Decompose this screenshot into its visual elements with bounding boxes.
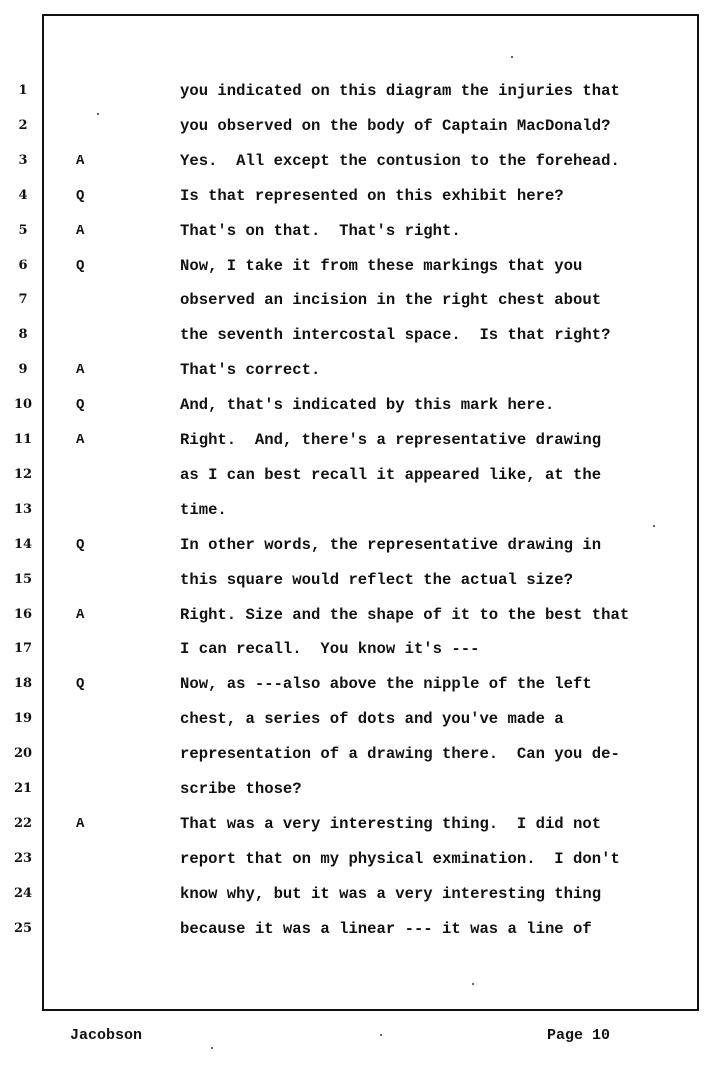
speaker-label: A <box>76 146 90 176</box>
line-text: report that on my physical exmination. I… <box>180 844 620 874</box>
line-number: 15 <box>8 565 38 595</box>
line-text: observed an incision in the right chest … <box>180 285 601 315</box>
line-text: Right. And, there's a representative dra… <box>180 425 601 455</box>
speaker-label: A <box>76 355 90 385</box>
transcript-line: 17I can recall. You know it's --- <box>0 634 720 664</box>
speaker-label: A <box>76 216 90 246</box>
transcript-line: 6QNow, I take it from these markings tha… <box>0 251 720 281</box>
transcript-line: 3AYes. All except the contusion to the f… <box>0 146 720 176</box>
footer-witness-name: Jacobson <box>70 1027 142 1044</box>
speaker-label: Q <box>76 669 90 699</box>
line-text: you indicated on this diagram the injuri… <box>180 76 620 106</box>
scan-speck <box>653 525 655 527</box>
line-text: That was a very interesting thing. I did… <box>180 809 601 839</box>
line-text: I can recall. You know it's --- <box>180 634 479 664</box>
transcript-line: 21scribe those? <box>0 774 720 804</box>
line-text: Is that represented on this exhibit here… <box>180 181 564 211</box>
transcript-line: 8the seventh intercostal space. Is that … <box>0 320 720 350</box>
line-text: time. <box>180 495 227 525</box>
line-text: Right. Size and the shape of it to the b… <box>180 600 629 630</box>
transcript-line: 4QIs that represented on this exhibit he… <box>0 181 720 211</box>
line-number: 16 <box>8 600 38 630</box>
transcript-line: 22AThat was a very interesting thing. I … <box>0 809 720 839</box>
line-number: 13 <box>8 495 38 525</box>
line-number: 14 <box>8 530 38 560</box>
scan-speck <box>511 56 513 58</box>
line-number: 20 <box>8 739 38 769</box>
line-number: 10 <box>8 390 38 420</box>
transcript-line: 20representation of a drawing there. Can… <box>0 739 720 769</box>
line-number: 1 <box>8 76 38 106</box>
line-text: In other words, the representative drawi… <box>180 530 601 560</box>
line-text: That's on that. That's right. <box>180 216 461 246</box>
scan-speck <box>97 113 99 115</box>
line-number: 2 <box>8 111 38 141</box>
transcript-line: 2you observed on the body of Captain Mac… <box>0 111 720 141</box>
speaker-label: A <box>76 600 90 630</box>
speaker-label: A <box>76 425 90 455</box>
line-number: 22 <box>8 809 38 839</box>
line-text: representation of a drawing there. Can y… <box>180 739 620 769</box>
line-number: 11 <box>8 425 38 455</box>
line-number: 23 <box>8 844 38 874</box>
line-number: 12 <box>8 460 38 490</box>
scan-speck <box>380 1034 382 1036</box>
line-number: 24 <box>8 879 38 909</box>
line-number: 25 <box>8 914 38 944</box>
line-number: 4 <box>8 181 38 211</box>
line-number: 18 <box>8 669 38 699</box>
line-text: the seventh intercostal space. Is that r… <box>180 320 610 350</box>
line-number: 19 <box>8 704 38 734</box>
line-number: 7 <box>8 285 38 315</box>
transcript-line: 11ARight. And, there's a representative … <box>0 425 720 455</box>
line-text: as I can best recall it appeared like, a… <box>180 460 601 490</box>
line-number: 8 <box>8 320 38 350</box>
line-text: That's correct. <box>180 355 320 385</box>
transcript-line: 14QIn other words, the representative dr… <box>0 530 720 560</box>
transcript-line: 12as I can best recall it appeared like,… <box>0 460 720 490</box>
line-number: 9 <box>8 355 38 385</box>
transcript-line: 19chest, a series of dots and you've mad… <box>0 704 720 734</box>
line-number: 6 <box>8 251 38 281</box>
line-number: 17 <box>8 634 38 664</box>
transcript-line: 1you indicated on this diagram the injur… <box>0 76 720 106</box>
line-text: you observed on the body of Captain MacD… <box>180 111 610 141</box>
speaker-label: Q <box>76 530 90 560</box>
speaker-label: Q <box>76 390 90 420</box>
transcript-line: 16ARight. Size and the shape of it to th… <box>0 600 720 630</box>
transcript-line: 10QAnd, that's indicated by this mark he… <box>0 390 720 420</box>
transcript-line: 13time. <box>0 495 720 525</box>
transcript-line: 25because it was a linear --- it was a l… <box>0 914 720 944</box>
line-text: Yes. All except the contusion to the for… <box>180 146 620 176</box>
transcript-line: 15this square would reflect the actual s… <box>0 565 720 595</box>
transcript-line: 9AThat's correct. <box>0 355 720 385</box>
line-number: 5 <box>8 216 38 246</box>
transcript-line: 5AThat's on that. That's right. <box>0 216 720 246</box>
transcript-line: 18QNow, as ---also above the nipple of t… <box>0 669 720 699</box>
speaker-label: A <box>76 809 90 839</box>
line-text: Now, as ---also above the nipple of the … <box>180 669 592 699</box>
line-text: scribe those? <box>180 774 302 804</box>
footer-page-number: Page 10 <box>547 1027 610 1044</box>
line-text: know why, but it was a very interesting … <box>180 879 601 909</box>
scan-speck <box>472 983 474 985</box>
line-text: And, that's indicated by this mark here. <box>180 390 554 420</box>
line-text: Now, I take it from these markings that … <box>180 251 582 281</box>
speaker-label: Q <box>76 181 90 211</box>
transcript-line: 24know why, but it was a very interestin… <box>0 879 720 909</box>
line-text: because it was a linear --- it was a lin… <box>180 914 592 944</box>
scan-speck <box>211 1047 213 1049</box>
transcript-line: 7observed an incision in the right chest… <box>0 285 720 315</box>
transcript-line: 23report that on my physical exmination.… <box>0 844 720 874</box>
speaker-label: Q <box>76 251 90 281</box>
line-number: 3 <box>8 146 38 176</box>
line-number: 21 <box>8 774 38 804</box>
line-text: chest, a series of dots and you've made … <box>180 704 564 734</box>
line-text: this square would reflect the actual siz… <box>180 565 573 595</box>
